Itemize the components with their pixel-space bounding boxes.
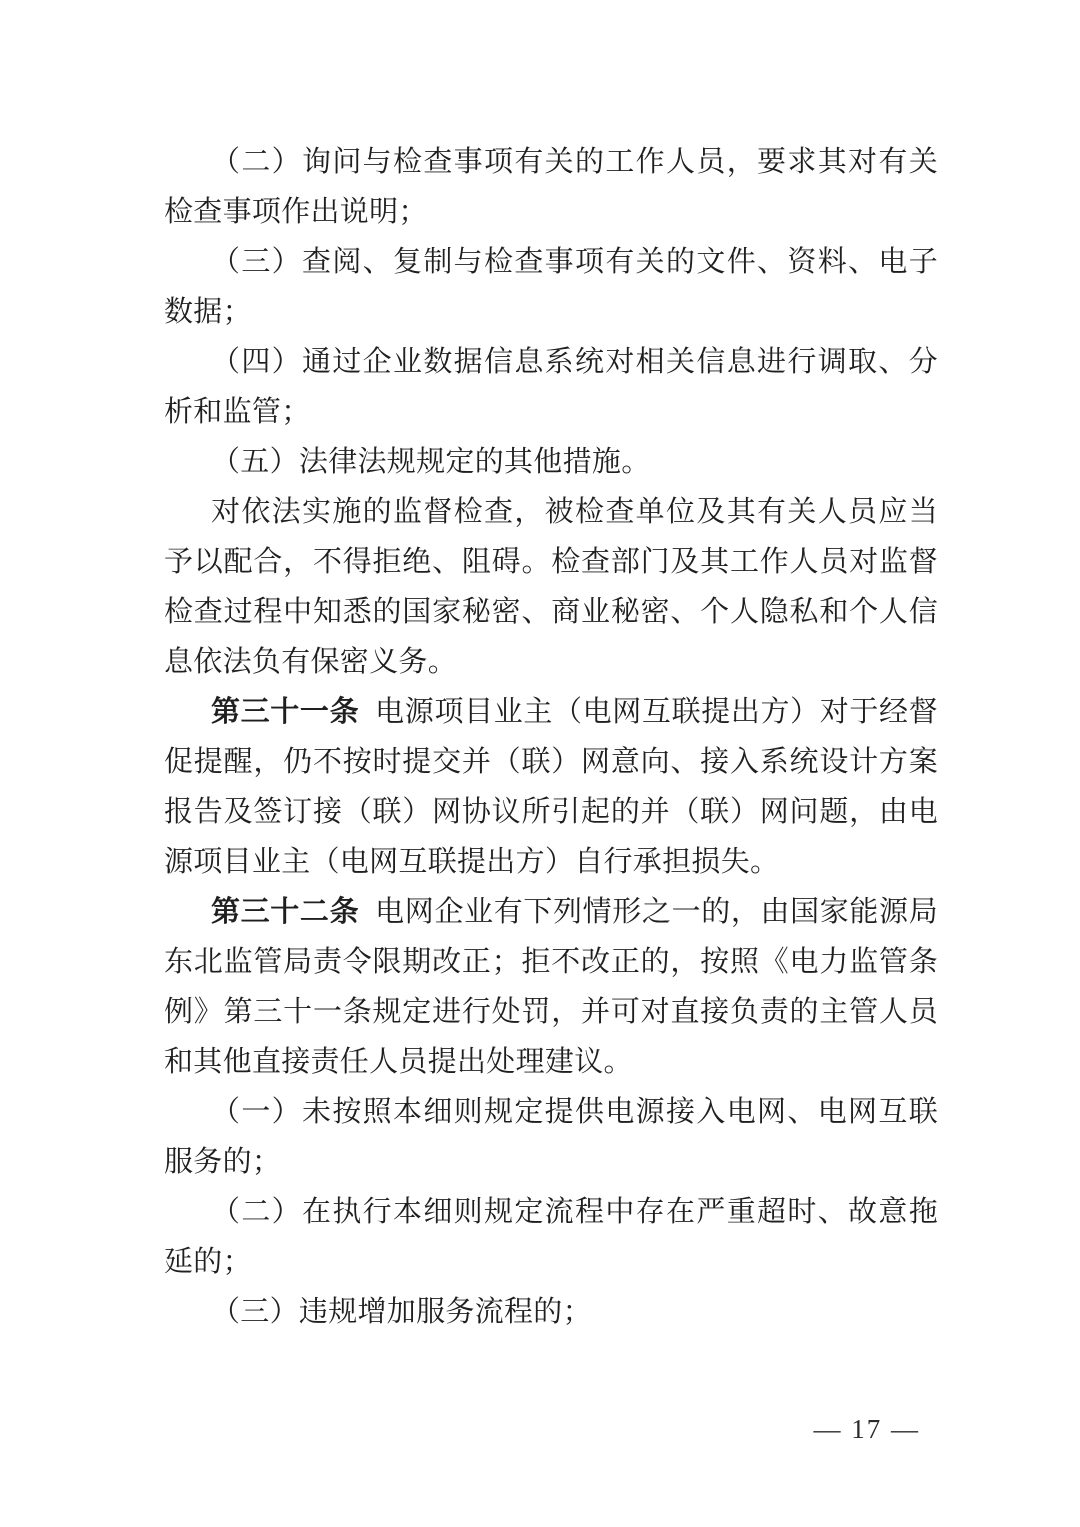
article-number: 第三十一条 [211,696,359,728]
paragraph: （二）询问与检查事项有关的工作人员，要求其对有关检查事项作出说明； [164,137,938,237]
paragraph-text: （三）查阅、复制与检查事项有关的文件、资料、电子数据； [164,246,938,328]
paragraph-text: （四）通过企业数据信息系统对相关信息进行调取、分析和监管； [164,346,938,428]
paragraph-text: 对依法实施的监督检查，被检查单位及其有关人员应当予以配合，不得拒绝、阻碍。检查部… [164,496,938,678]
paragraph: （二）在执行本细则规定流程中存在严重超时、故意拖延的； [164,1187,938,1287]
paragraph: （三）违规增加服务流程的； [164,1287,938,1337]
document-body: （二）询问与检查事项有关的工作人员，要求其对有关检查事项作出说明； （三）查阅、… [164,137,938,1337]
paragraph-text: （二）询问与检查事项有关的工作人员，要求其对有关检查事项作出说明； [164,146,938,228]
document-page: （二）询问与检查事项有关的工作人员，要求其对有关检查事项作出说明； （三）查阅、… [0,0,1080,1527]
paragraph: （一）未按照本细则规定提供电源接入电网、电网互联服务的； [164,1087,938,1187]
paragraph-text: （五）法律法规规定的其他措施。 [211,446,651,478]
page-number: — 17 — [814,1412,921,1446]
paragraph: （三）查阅、复制与检查事项有关的文件、资料、电子数据； [164,237,938,337]
paragraph-text: （一）未按照本细则规定提供电源接入电网、电网互联服务的； [164,1096,938,1178]
article-number: 第三十二条 [211,896,359,928]
paragraph: 对依法实施的监督检查，被检查单位及其有关人员应当予以配合，不得拒绝、阻碍。检查部… [164,487,938,687]
paragraph-text: （二）在执行本细则规定流程中存在严重超时、故意拖延的； [164,1196,938,1278]
paragraph-text: （三）违规增加服务流程的； [211,1296,592,1328]
paragraph: （五）法律法规规定的其他措施。 [164,437,938,487]
paragraph: 第三十二条电网企业有下列情形之一的，由国家能源局东北监管局责令限期改正；拒不改正… [164,887,938,1087]
paragraph: （四）通过企业数据信息系统对相关信息进行调取、分析和监管； [164,337,938,437]
paragraph: 第三十一条电源项目业主（电网互联提出方）对于经督促提醒，仍不按时提交并（联）网意… [164,687,938,887]
